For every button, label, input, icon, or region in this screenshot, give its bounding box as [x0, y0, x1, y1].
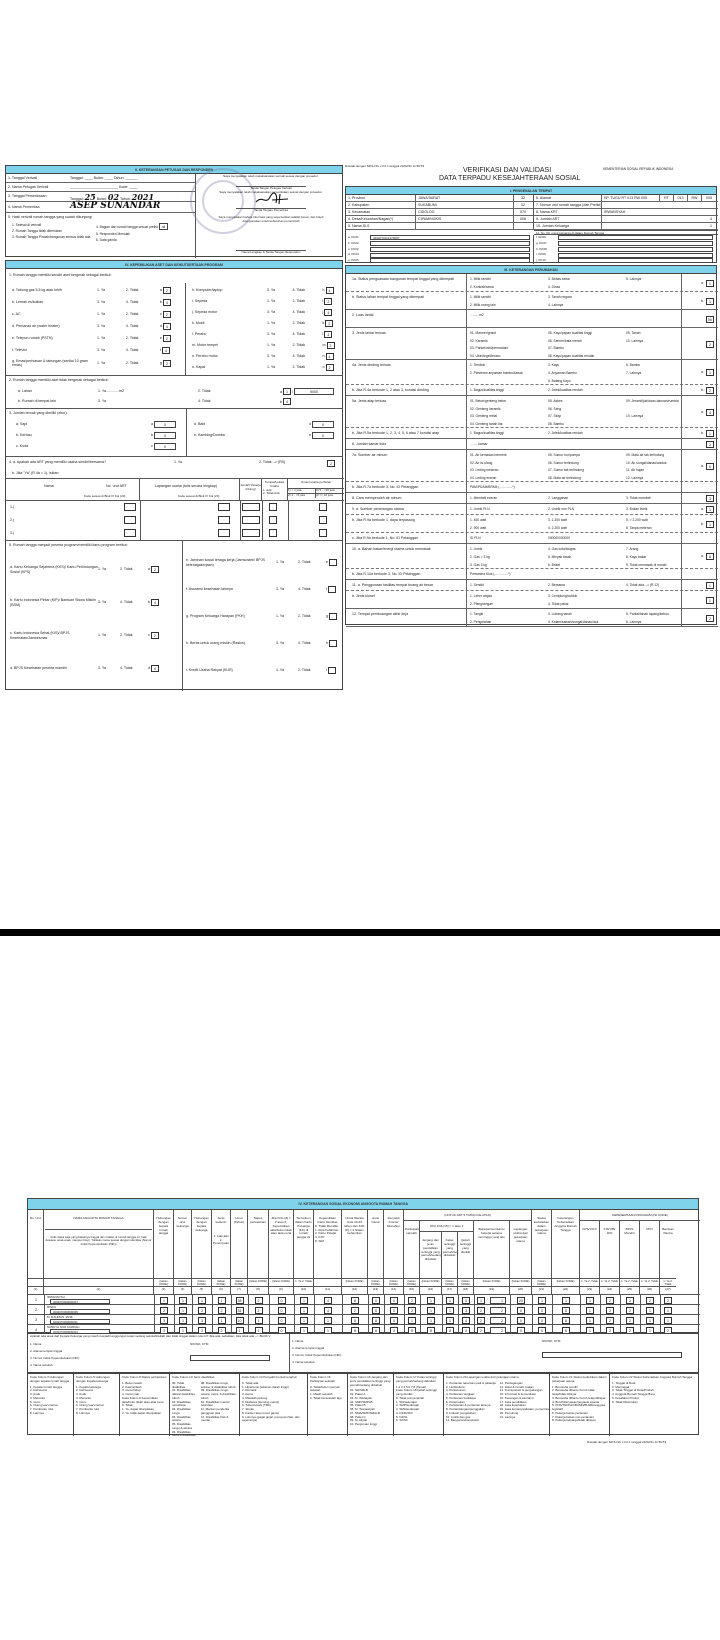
program-label: i. Kredit Usaha Rakyat (KUR) [186, 668, 276, 672]
housing-option: 09. Tanah [626, 331, 685, 337]
code-wrap: a.1 [681, 504, 718, 515]
member-code-box[interactable]: 8 [351, 1297, 359, 1304]
program-code-box[interactable] [329, 640, 337, 647]
col-header: Ijazah tertinggi yang dimiliki [458, 1232, 474, 1278]
housing-code-box[interactable]: 1 [706, 430, 714, 437]
member-code-box[interactable]: 2 [255, 1307, 263, 1314]
member-code-box[interactable]: 1 [538, 1297, 546, 1304]
location-code[interactable]: 32 [514, 196, 532, 200]
member-code-box[interactable]: 0 [538, 1307, 546, 1314]
member-code-box[interactable]: 1 [427, 1317, 435, 1324]
housing-option: 10. Air sungai/danau/waduk [626, 461, 685, 467]
code-label: 1. Ya 2. Tidak [580, 1278, 600, 1286]
verification-date-field[interactable]: Tanggal: ____ Bulan: ____ Tahun: ______ [68, 176, 139, 180]
livestock-count-box[interactable]: 0 [154, 432, 176, 439]
business-entry-box[interactable] [242, 529, 260, 537]
business-entry-box[interactable] [319, 529, 327, 537]
member-code-box[interactable]: 2 [646, 1297, 654, 1304]
member-code-box[interactable]: 1 [300, 1317, 308, 1324]
member-code-box[interactable]: 1 [586, 1297, 594, 1304]
asset-code-box[interactable]: 4 [324, 331, 332, 338]
member-code-box[interactable]: 1 [646, 1317, 654, 1324]
housing-option: 2. Jelek/kualitas rendah [548, 431, 626, 439]
member-code-box[interactable]: 2 [218, 1307, 226, 1314]
code-prefix: f [326, 587, 327, 591]
member-code-box[interactable]: 0 [517, 1307, 525, 1314]
location-code[interactable]: 006 [514, 217, 532, 221]
member-code-box[interactable]: 2 [626, 1307, 634, 1314]
housing-rows: 1a. Status penguasaan bangunan tempat ti… [346, 274, 718, 626]
business-entry-box[interactable] [269, 529, 277, 537]
housing-code-box[interactable]: 1 [706, 582, 714, 589]
legend-title: Kode Kolom 13 Jenis disabilitas [172, 1376, 237, 1380]
asset-code-box[interactable]: 2 [163, 311, 171, 318]
member-code-box[interactable]: 3 [462, 1307, 470, 1314]
member-code-box[interactable]: 2 [626, 1297, 634, 1304]
member-code-box[interactable]: 4 [462, 1317, 470, 1324]
member-number: 4 [28, 1328, 44, 1332]
family-card-number[interactable] [370, 258, 530, 263]
member-code-box[interactable]: 1 [664, 1307, 672, 1314]
option-yes: 1. Ya [174, 460, 259, 467]
legend-item: 9. Lainnya (gagal ginjal, paru-paru flek… [242, 1416, 305, 1424]
legend-item: 21. Lainnya [500, 1416, 550, 1420]
housing-option [626, 295, 685, 302]
family-card-number[interactable] [558, 235, 713, 240]
member-code-box[interactable]: 0 [390, 1297, 398, 1304]
member-code-box[interactable]: 1 [446, 1317, 454, 1324]
field-label: 3. Tanggal Pemeriksaan [6, 194, 68, 198]
work-code-box[interactable]: 2 [477, 1317, 485, 1324]
col-header-text: NAMA ANGGOTA RUMAH TANGGA [45, 1211, 152, 1221]
program-row: g. Program Keluarga Harapan (PKH)1. Ya2.… [186, 603, 342, 630]
housing-option: 1. Leher angsa [470, 594, 548, 601]
nik-input[interactable] [542, 1352, 682, 1358]
member-code-box[interactable]: 2 [626, 1317, 634, 1324]
program-code-box[interactable]: 2 [151, 632, 159, 639]
program-code-box[interactable]: 4 [151, 665, 159, 672]
code-prefix: h [326, 641, 328, 645]
housing-options: 1. Listrik PLN2. Listrik non PLN3. Bukan… [466, 504, 681, 515]
member-code-box[interactable]: 2 [255, 1297, 263, 1304]
member-code-box[interactable]: 8 [562, 1317, 570, 1324]
member-code-box[interactable]: 1 [586, 1317, 594, 1324]
program-code-box[interactable] [328, 667, 336, 674]
housing-option: 4. Lainnya [548, 303, 626, 310]
housing-code-box[interactable]: 1 [706, 597, 714, 604]
code-wrap [681, 569, 718, 580]
code-prefix: d [160, 324, 162, 328]
result-option-text: 4. Bagian dari rumah tangga sesuai preli… [96, 225, 158, 229]
member-code-box[interactable]: 20 [517, 1297, 525, 1304]
member-code-box[interactable]: 0 [372, 1297, 380, 1304]
housing-option: 01. Air kemasan bermerk [470, 453, 548, 459]
code-prefix: c [151, 444, 153, 448]
member-code-box[interactable]: 1 [160, 1297, 168, 1304]
member-code-box[interactable]: 1 [179, 1317, 187, 1324]
option-no: 4. Tidak [120, 666, 148, 670]
code-label: (Isikan KODE) [154, 1278, 174, 1286]
code-wrap: 56 [681, 310, 718, 328]
housing-option: 3. Cemplung/cubluk [548, 594, 626, 601]
work-code-box[interactable]: 1 [477, 1297, 485, 1304]
program-label: h. Beras untuk orang miskin (Raskin) [186, 641, 276, 645]
work-hours-box[interactable]: 2 [490, 1317, 506, 1324]
location-value[interactable]: 1 [602, 224, 714, 228]
housing-code-box[interactable]: 2 [706, 615, 714, 622]
member-code-box[interactable]: 1 [218, 1297, 226, 1304]
member-code-box[interactable]: 1 [300, 1307, 308, 1314]
land-code-box[interactable]: 1 [283, 388, 291, 395]
business-entry-box[interactable] [124, 503, 136, 511]
housing-option: 1. Milik sendiri [470, 277, 548, 284]
code-label: (Isikan KODE) [192, 1278, 212, 1286]
col-header-text: Bekerja/membantu bekerja selama seminggu… [475, 1222, 508, 1240]
housing-option: ..........m2 [470, 313, 548, 322]
member-code-box[interactable]: 1 [179, 1297, 187, 1304]
livestock-count-box[interactable]: 0 [312, 432, 334, 439]
inspection-date-field[interactable]: Tanggal: 25 Bulan: 02 Tahun: 2021 [68, 192, 156, 202]
member-number: 2 [28, 1308, 44, 1312]
asset-code-box[interactable]: 2 [163, 335, 171, 342]
housing-option [626, 407, 685, 413]
member-code-box[interactable]: 1 [427, 1297, 435, 1304]
member-code-box[interactable]: 1 [324, 1317, 332, 1324]
option-yes: 1. Ya [267, 299, 293, 303]
asset-code-box[interactable]: 4 [326, 353, 334, 360]
code-wrap: e2 [160, 335, 171, 342]
housing-code-box[interactable]: 4 [706, 409, 714, 416]
location-value[interactable]: CIDOLOG [416, 209, 514, 216]
member-code-box[interactable]: 1 [427, 1307, 435, 1314]
member-code-box[interactable]: 4 [324, 1297, 332, 1304]
program-code-box[interactable] [328, 586, 336, 593]
asset-code-box[interactable]: 4 [324, 309, 332, 316]
assets-left-list: a. Tabung gas 5,5 kg atau lebih1. Ya2. T… [6, 283, 186, 375]
col-header: Lapangan usaha dari pekerjaan utama [510, 1221, 532, 1278]
work-hours-box[interactable]: 2 [490, 1307, 506, 1314]
option-yes: 3. Ya [276, 587, 298, 591]
asset-label: e. Telepon rumah (PSTN) [12, 336, 97, 340]
livestock-right: d. Babid0e. Kambing/Dombae0 [194, 419, 339, 441]
business-entry-box[interactable] [319, 503, 327, 511]
business-entry-box[interactable] [218, 516, 230, 524]
housing-code-box[interactable]: 8 [706, 553, 714, 560]
location-value[interactable]: IRWANSYAH [602, 210, 714, 214]
business-entry-box[interactable] [269, 516, 277, 524]
member-code-box[interactable]: 35 [236, 1307, 244, 1314]
col-header-text: KPS/ KKS [581, 1222, 598, 1232]
family-card-number[interactable]: 3202070112170007 [370, 235, 530, 240]
name-instruction: (tulis siapa saja yang biasanya tinggal … [45, 1229, 152, 1247]
livestock-count-box[interactable]: 0 [312, 421, 334, 428]
housing-question-row: 2. Luas lantai..........m256 [346, 310, 718, 328]
location-label: 6. Alamat [534, 195, 602, 202]
business-entry-box[interactable] [124, 529, 136, 537]
legend-item: 06. Disabilitas netra & disabilitas tubu… [172, 1431, 198, 1437]
family-card-number[interactable] [558, 258, 713, 263]
col-header-text: Hubungan dengan kepala keluarga [193, 1211, 210, 1232]
family-card-number[interactable] [558, 241, 713, 246]
result-options-right: 4. Bagian dari rumah tangga sesuai preli… [96, 223, 191, 242]
legend-title: Kode Kolom 14 Penyakit kronis/menahun [242, 1376, 305, 1380]
option-yes: 1. Ya [97, 288, 126, 292]
business-entry-box[interactable] [242, 516, 260, 524]
member-code-box[interactable]: 8 [372, 1307, 380, 1314]
code-label: 1. Ya 2. Tidak [600, 1278, 620, 1286]
housing-code-box[interactable]: 2 [706, 341, 714, 348]
livestock-left: a. Sapia0b. Kerbaub0c. Kudac0 [16, 419, 181, 452]
legend-title: Kode Kolom 3 Hubungan dengan kepala ruma… [30, 1376, 71, 1384]
program-row: h. Beras untuk orang miskin (Raskin)3. Y… [186, 630, 342, 657]
member-code-box[interactable]: 0 [538, 1317, 546, 1324]
option-no: 2. Tidak [126, 312, 160, 316]
member-code-box[interactable]: 1 [646, 1307, 654, 1314]
housing-option: 4. Kolam/sawah/sungai/danau/laut [548, 620, 626, 627]
housing-options: 1. Milik sendiri3. Bebas sewa5. Lainnya2… [466, 274, 681, 292]
housing-question: 10. a. Bahan bakar/energi utama untuk me… [346, 544, 466, 551]
member-code-box[interactable]: 0 [278, 1297, 286, 1304]
housing-code-box[interactable]: 1 [706, 280, 714, 287]
housing-code-box[interactable]: 56 [706, 316, 714, 323]
location-row: 5. Nama SLS [346, 223, 533, 230]
member-code-box[interactable]: 1 [446, 1297, 454, 1304]
member-code-box[interactable]: 2 [606, 1307, 614, 1314]
family-card-number[interactable] [558, 247, 713, 252]
asset-row: m. Motor tempel1. Ya2. Tidakm2 [192, 342, 342, 349]
housing-options: 01. Air kemasan bermerk05. Sumur bor/pom… [466, 450, 681, 482]
housing-question-row: 10. a. Bahan bakar/energi utama untuk me… [346, 544, 718, 569]
housing-code-box[interactable]: 1 [706, 506, 714, 513]
col-header-text: No. Urut [29, 1211, 42, 1221]
work-hours-box[interactable]: 1 [490, 1297, 506, 1304]
member-code-box[interactable]: 1 [562, 1297, 570, 1304]
member-code-box[interactable]: 1 [300, 1297, 308, 1304]
business-entry-box[interactable] [124, 516, 136, 524]
member-code-box[interactable]: 1 [218, 1317, 226, 1324]
member-code-box[interactable]: 8 [562, 1307, 570, 1314]
address-value[interactable]: KP. TUGU RT 013 RW 005 [602, 195, 660, 202]
livestock-label: d. Babi [194, 422, 309, 426]
member-code-box[interactable]: 5 [351, 1317, 359, 1324]
option-yes: 3. Ya [276, 641, 298, 645]
member-code-box[interactable]: 3 [198, 1317, 206, 1324]
member-code-box[interactable]: 0 [390, 1307, 398, 1314]
location-value[interactable]: SUKABUMI [416, 202, 514, 209]
rw-value[interactable]: 005 [702, 196, 716, 200]
family-card-number[interactable] [558, 253, 713, 258]
member-code-box[interactable]: 3 [160, 1317, 168, 1324]
rt-value[interactable]: 013 [674, 195, 688, 202]
asset-code-box[interactable]: 2 [325, 320, 333, 327]
member-code-box[interactable]: 8 [372, 1317, 380, 1324]
housing-option: 4. Tidak ada --> (R.12) [626, 583, 685, 591]
col-number: (27) [660, 1286, 676, 1294]
officer-name-field[interactable]: ________________________ Kode: ____ [68, 185, 139, 189]
business-entry-box[interactable] [319, 516, 327, 524]
col-header-text: Partisipasi sekolah [405, 1222, 418, 1236]
code-wrap: 2 [681, 328, 718, 360]
asset-code-box[interactable]: 4 [326, 287, 334, 294]
business-entry-box[interactable] [269, 503, 277, 511]
housing-code-box[interactable]: 3 [706, 495, 714, 502]
member-number: 3 [28, 1318, 44, 1322]
col-header-text: Umur (Tahun) [232, 1211, 246, 1225]
member-code-box[interactable]: 2 [606, 1297, 614, 1304]
col-number: (6) [212, 1286, 231, 1294]
livestock-count-box[interactable]: 0 [154, 421, 176, 428]
housing-question: b. Jika R.4a berkode 1, 2 atau 3, kondis… [346, 385, 466, 392]
housing-option: 3. Tanah negara [548, 295, 626, 302]
question-label: 5. Rumah tangga menjadi peserta program/… [9, 543, 128, 547]
asset-row: i. Sepeda1. Ya2. Tidaki2 [192, 298, 342, 305]
family-card-number[interactable] [370, 247, 530, 252]
business-entry-box[interactable] [218, 529, 230, 537]
program-code-box[interactable] [329, 559, 337, 566]
option-no: 4. Tidak [293, 288, 323, 292]
location-value[interactable]: JAWA BARAT [416, 195, 514, 202]
housing-code-box[interactable]: 2 [706, 441, 714, 448]
legend-title: Kode Kolom 5 Hubungan dengan kepala kelu… [76, 1376, 117, 1384]
member-code-box[interactable]: 2 [606, 1317, 614, 1324]
legend-column: Kode Kolom 20 Lapangan usaha dari pekerj… [444, 1374, 550, 1436]
inspector-name-field[interactable]: ASEP SUNANDAR [68, 201, 162, 212]
housing-option: 1. Sendiri [470, 583, 548, 591]
asset-code-box[interactable]: 2 [163, 360, 171, 367]
housing-option: 03. Leding meteran [470, 468, 548, 474]
housing-code-box[interactable]: 1 [706, 521, 714, 528]
asset-row: f. Televisi3. Ya4. Tidakf4 [12, 347, 182, 354]
code-wrap: m2 [323, 342, 335, 349]
member-code-box[interactable]: 0 [278, 1307, 286, 1314]
program-label: g. Program Keluarga Harapan (PKH) [186, 614, 276, 618]
housing-options: 1. Sendiri2. Bersama4. Tidak ada --> (R.… [466, 580, 681, 591]
member-code-box[interactable]: 0 [278, 1317, 286, 1324]
field-label: 1. Tanggal Verivali [6, 176, 68, 180]
code-prefix: n [323, 354, 325, 358]
member-code-box[interactable]: 1 [664, 1317, 672, 1324]
livestock-count-box[interactable]: 0 [154, 443, 176, 450]
housing-option [548, 572, 626, 580]
code-wrap: 3 [681, 493, 718, 504]
business-entry-box[interactable] [218, 503, 230, 511]
col-header: Kelas tertinggi yang pernah/sedang didud… [442, 1232, 458, 1278]
livestock-row: a. Sapia0 [16, 419, 181, 430]
member-code-box[interactable]: 1 [179, 1307, 187, 1314]
section-household-members: IV. KETERANGAN SOSIAL EKONOMI ANGGOTA RU… [27, 1198, 699, 1333]
asset-code-box[interactable]: 4 [163, 299, 171, 306]
member-code-box[interactable]: 1 [446, 1307, 454, 1314]
member-code-box[interactable]: 4 [324, 1307, 332, 1314]
nik-label: NIK/NO. KTM [542, 1340, 560, 1344]
member-code-box[interactable]: 1 [586, 1307, 594, 1314]
asset-code-box[interactable]: 2 [324, 298, 332, 305]
location-value[interactable] [416, 223, 514, 230]
housing-option: 4. Dinas [548, 285, 626, 292]
col-header: Hubungan dengan kepala keluarga [192, 1210, 212, 1278]
program-label: a. Kartu Keluarga Sejahtera (KKS)/ Kartu… [10, 565, 98, 574]
option-no: 4. Tidak [120, 600, 148, 604]
housing-code-box[interactable]: 1 [706, 298, 714, 305]
location-code[interactable]: 070 [514, 210, 532, 214]
col-header-text: Keterangan Keberadaan Anggota Rumah Tang… [553, 1211, 578, 1232]
asset-code-box[interactable]: 2 [326, 364, 334, 371]
housing-option: 6. Tanpa meteran [626, 526, 685, 533]
code-label: (Isikan KODE) [174, 1278, 192, 1286]
member-code-box[interactable]: 2 [408, 1307, 416, 1314]
asset-code-box[interactable]: 2 [327, 342, 335, 349]
checker-signature-label: Tanda Tangan Pemeriksa [236, 208, 306, 213]
member-code-box[interactable]: 1 [198, 1297, 206, 1304]
program-row: a. Kartu Keluarga Sejahtera (KKS)/ Kartu… [10, 553, 180, 586]
member-code-box[interactable]: 1 [408, 1317, 416, 1324]
member-code-box[interactable]: 0 [390, 1317, 398, 1324]
housing-code-box[interactable]: 1 [706, 369, 714, 376]
housing-option: 06. Sumur terlindung [548, 461, 626, 467]
form-page-2: IV. KETERANGAN SOSIAL EKONOMI ANGGOTA RU… [27, 1198, 699, 1478]
program-code-box[interactable]: 2 [151, 566, 159, 573]
family-card-row: f. KK06 [536, 235, 713, 241]
member-code-box[interactable]: 38 [236, 1297, 244, 1304]
member-code-box[interactable]: 2 [198, 1307, 206, 1314]
option-yes: 3. Ya [267, 288, 293, 292]
member-table-rows: 1IRWANSYAH320207000000000711113820148002… [28, 1294, 700, 1334]
location-label: 8. Nama KRT [534, 209, 602, 216]
program-code-box[interactable] [329, 613, 337, 620]
asset-code-box[interactable]: 2 [163, 287, 171, 294]
member-code-box[interactable]: 2 [351, 1307, 359, 1314]
house-code-box[interactable]: 4 [283, 398, 291, 405]
member-code-box[interactable]: 10 [236, 1317, 244, 1324]
business-code-box[interactable]: 2 [327, 460, 335, 467]
location-value[interactable]: CIPAMINGKIS [416, 216, 514, 223]
option-yes: 3. Ya [97, 324, 126, 328]
business-entry-box[interactable] [242, 503, 260, 511]
housing-code-box[interactable]: 6 [706, 463, 714, 470]
housing-option: 5. Pantai/tanah lapang/kebun [626, 612, 685, 619]
land-area-box[interactable]: 5000 [294, 388, 334, 395]
member-code-box[interactable]: 2 [664, 1297, 672, 1304]
housing-option: 1. Milik sendiri [470, 295, 548, 302]
nik-input[interactable] [190, 1355, 270, 1361]
member-code-box[interactable]: 3 [462, 1297, 470, 1304]
asset-code-box[interactable]: 4 [162, 347, 170, 354]
col-header-text: Jenis Cacat [369, 1211, 382, 1225]
asset-code-box[interactable]: 4 [163, 323, 171, 330]
col-header: Status perkawinan [248, 1210, 269, 1278]
member-code-box[interactable]: 0 [517, 1317, 525, 1324]
result-code-box[interactable]: nil [159, 223, 169, 230]
member-code-box[interactable]: 2 [160, 1307, 168, 1314]
option-no: 4. Tidak [293, 310, 323, 314]
member-code-box[interactable]: 1 [255, 1317, 263, 1324]
family-card-number[interactable] [370, 253, 530, 258]
child-right-fields: 1. Nama2. Alamat tempat tinggal3. Nomor … [292, 1340, 697, 1368]
family-card-number[interactable] [370, 241, 530, 246]
location-value[interactable]: 4 [602, 217, 714, 221]
housing-code-box[interactable]: 2 [706, 387, 714, 394]
member-code-box[interactable]: 2 [408, 1297, 416, 1304]
code-label: (Isikan KODE) [552, 1278, 580, 1286]
housing-question: 3. Jenis lantai terluas [346, 328, 466, 335]
housing-option: 10. Lainnya [626, 414, 685, 420]
work-code-box[interactable]: 2 [477, 1307, 485, 1314]
asset-label: k. Mobil [192, 321, 267, 325]
col-header: Hubungan dengan kepala rumah tangga [154, 1210, 174, 1278]
asset-label: b. Lemari es/kulkas [12, 300, 97, 304]
program-code-box[interactable]: 4 [151, 599, 159, 606]
location-code[interactable]: 02 [514, 203, 532, 207]
